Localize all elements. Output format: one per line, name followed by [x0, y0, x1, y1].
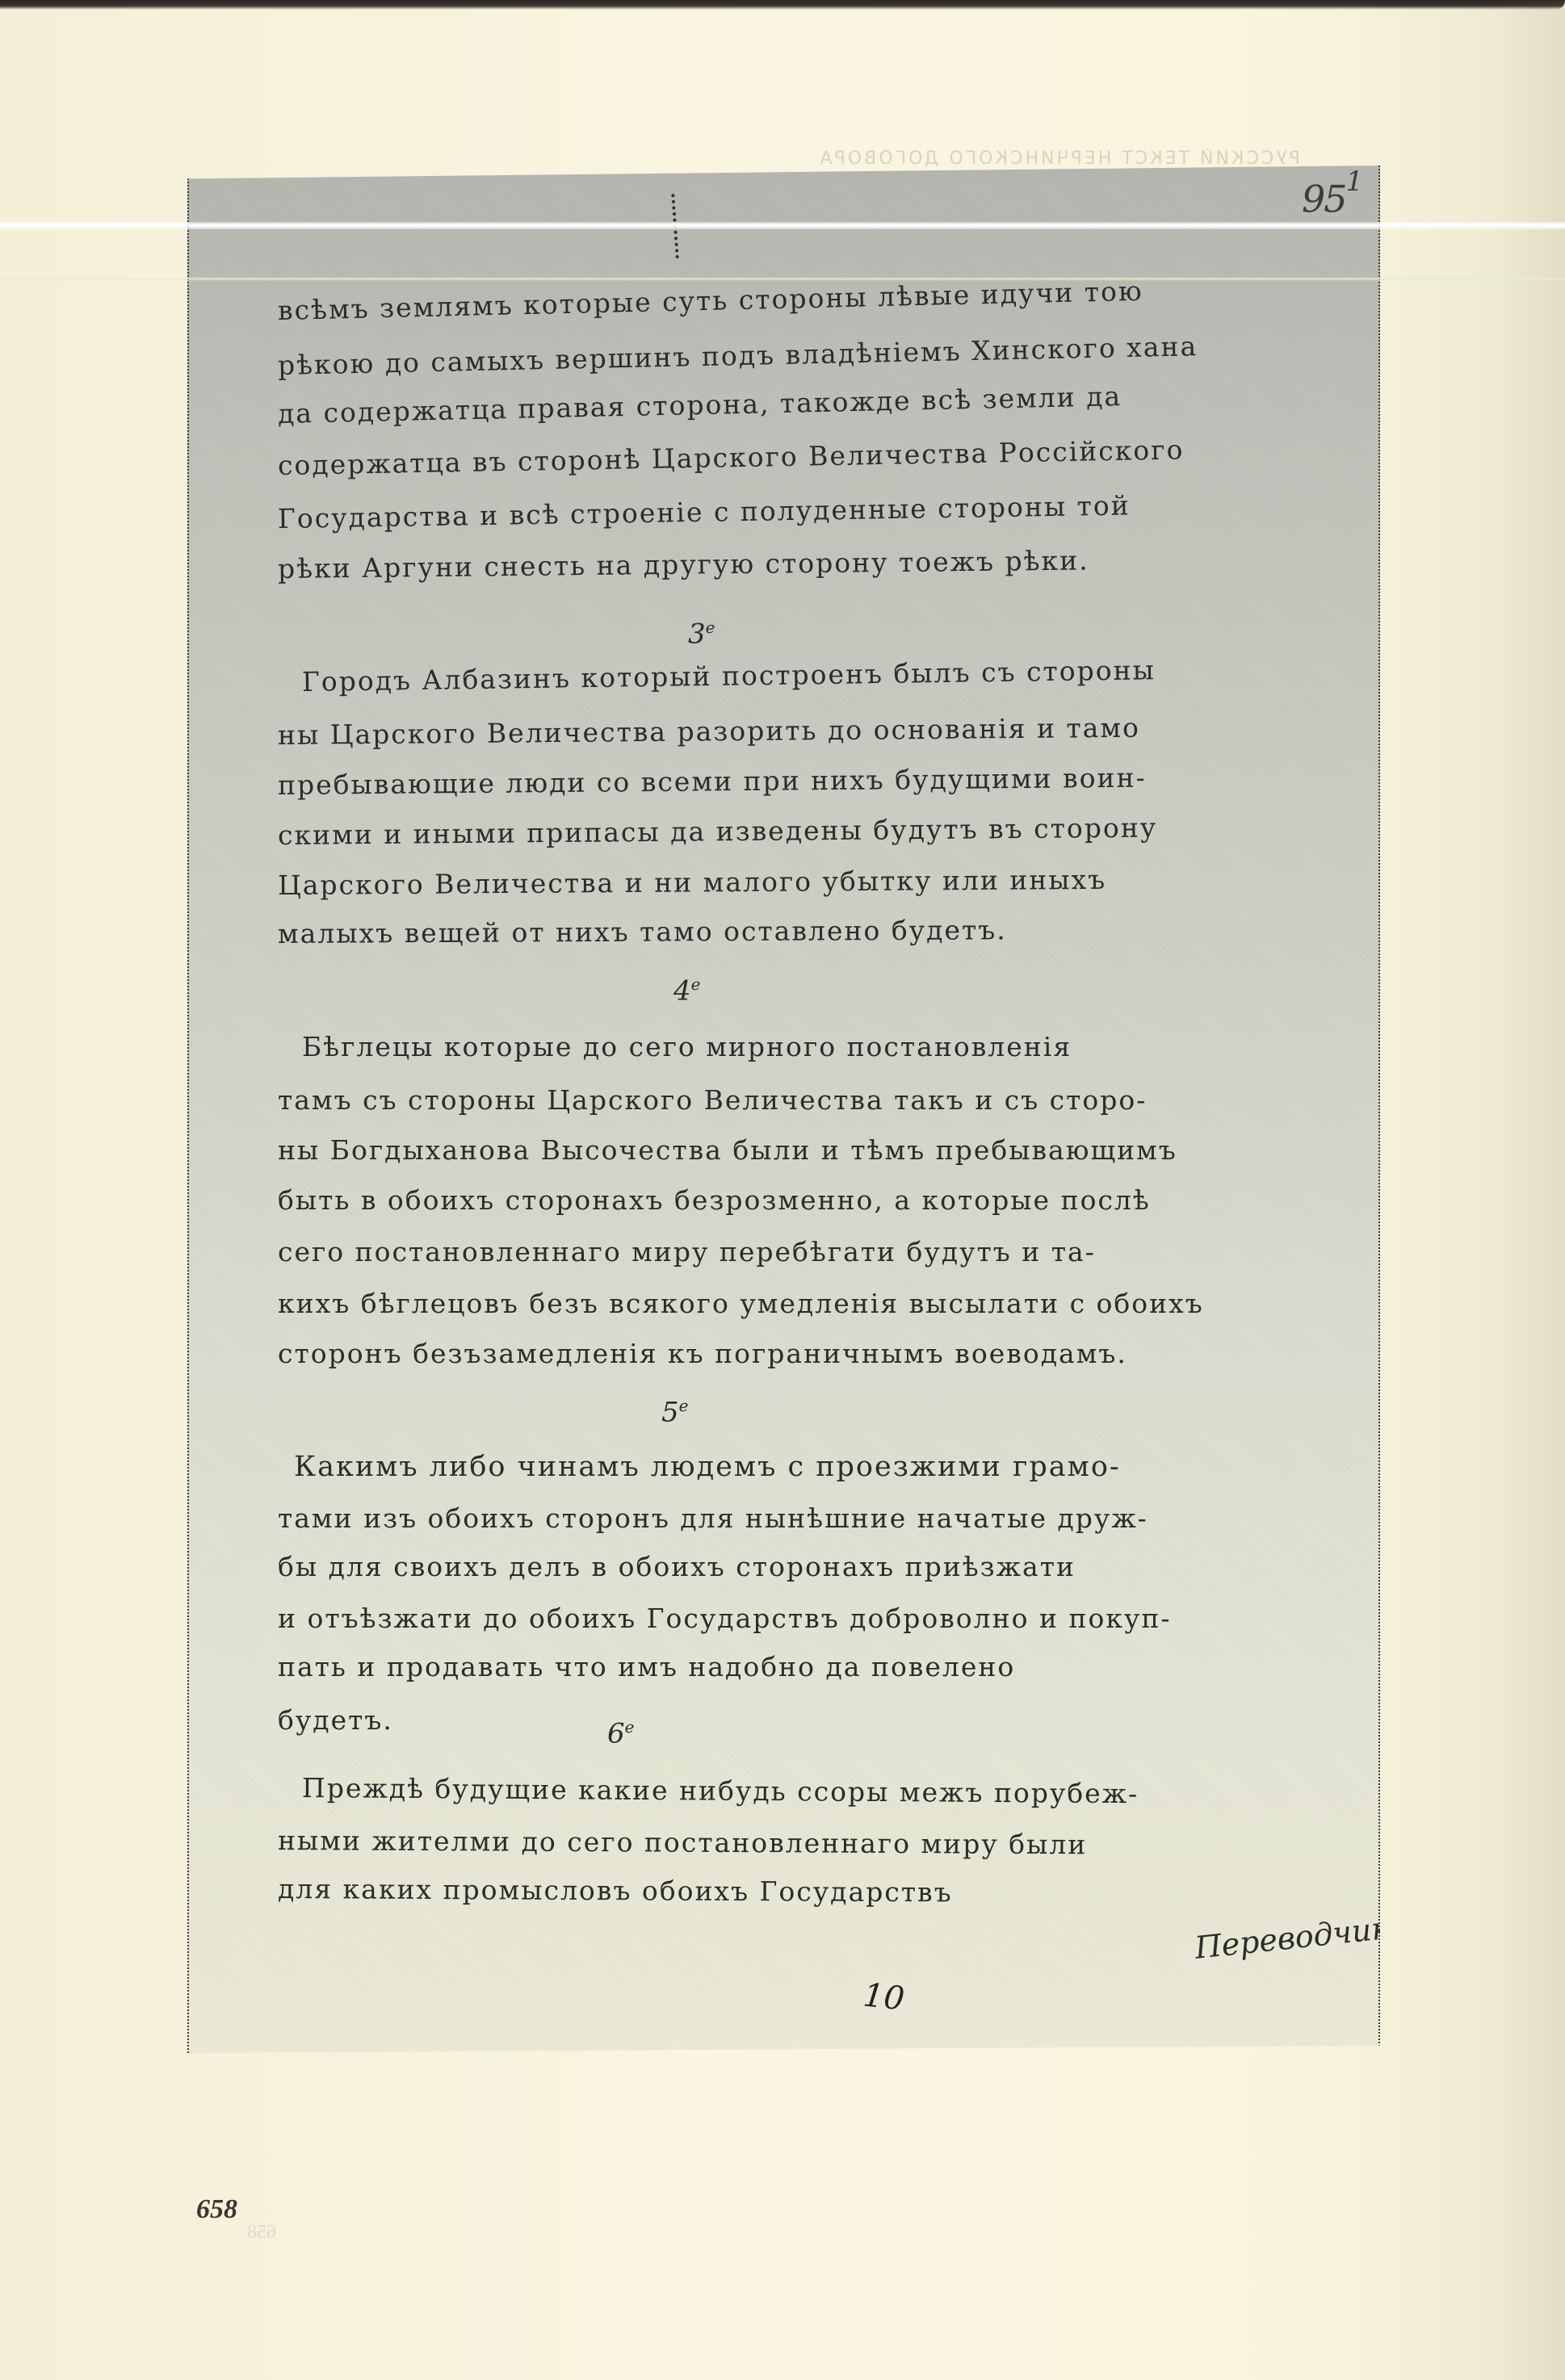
scan-artifact-line-faint — [0, 277, 1565, 281]
book-spine-shade — [1492, 0, 1565, 2380]
folio-superscript: 1 — [1346, 166, 1362, 198]
scan-artifact-line — [0, 222, 1565, 229]
manuscript-line: и отъѣзжати до обоихъ Государствъ добров… — [278, 1603, 1172, 1634]
manuscript-line: тами изъ обоихъ сторонъ для нынѣшние нач… — [278, 1502, 1148, 1534]
manuscript-line: сторонъ безъзамедленiя къ пограничнымъ в… — [278, 1338, 1127, 1369]
folio-number-value: 95 — [1302, 177, 1346, 220]
bleed-through-page-number: 658 — [247, 2222, 276, 2244]
manuscript-line: скими и иными припасы да изведены будутъ… — [278, 811, 1157, 851]
manuscript-line: да содержатца правая сторона, такожде вс… — [278, 380, 1122, 429]
manuscript-line: всѣмъ землямъ которые суть стороны лѣвые… — [278, 275, 1143, 326]
manuscript-line: Царского Величества и ни малого убытку и… — [278, 864, 1106, 901]
manuscript-line: Бѣглецы которые до сего мирного постанов… — [302, 1031, 1072, 1062]
manuscript-line: тамъ съ стороны Царского Величества такъ… — [278, 1084, 1147, 1116]
article-number-suffix: е — [706, 618, 715, 637]
page-number: 658 — [196, 2194, 237, 2225]
manuscript-line: ны Богдыханова Высочества были и тѣмъ пр… — [278, 1134, 1177, 1166]
article-number-value: 4 — [673, 974, 691, 1007]
manuscript-line: содержатца въ сторонѣ Царского Величеств… — [278, 434, 1185, 481]
article-number-value: 6 — [607, 1717, 625, 1749]
manuscript-line: для каких промысловъ обоихъ Государствъ — [278, 1873, 953, 1908]
article-number-5: 5е — [661, 1396, 688, 1428]
manuscript-line: ными жителми до сего постановленнаго мир… — [278, 1825, 1088, 1860]
manuscript-line: рѣки Аргуни снесть на другую сторону тое… — [278, 544, 1089, 585]
manuscript-line: Городъ Албазинъ который построенъ былъ с… — [302, 654, 1156, 698]
manuscript-line: кихъ бѣглецовъ безъ всякого умедленiя вы… — [278, 1288, 1204, 1319]
manuscript-line: сего постановленнаго миру перебѣгати буд… — [278, 1236, 1096, 1268]
manuscript-line: малыхъ вещей от нихъ тамо оставлено буде… — [278, 914, 1007, 949]
manuscript-line: быть в обоихъ сторонахъ безрозменно, а к… — [278, 1184, 1151, 1216]
book-top-edge-shadow — [0, 0, 1565, 10]
manuscript-line: будетъ. — [278, 1704, 393, 1736]
manuscript-line: ны Царского Величества разорить до основ… — [278, 712, 1140, 751]
manuscript-line: пребывающие люди со всеми при нихъ будущ… — [278, 762, 1147, 801]
article-number-4: 4е — [673, 974, 700, 1007]
article-number-3: 3е — [688, 618, 715, 650]
article-number-value: 3 — [688, 618, 706, 650]
manuscript-line: Какимъ либо чинамъ людемъ с проезжими гр… — [294, 1451, 1121, 1483]
sheet-number: 10 — [862, 1976, 906, 2018]
manuscript-line: Государства и всѣ строенiе с полуденные … — [278, 489, 1131, 534]
article-number-value: 5 — [661, 1396, 679, 1428]
article-number-suffix: е — [691, 974, 701, 994]
article-number-suffix: е — [679, 1396, 689, 1415]
manuscript-line: Преждѣ будущие какие нибудь ссоры межъ п… — [302, 1772, 1139, 1809]
article-number-suffix: е — [625, 1717, 635, 1737]
manuscript-line: пать и продавать что имъ надобно да пове… — [278, 1651, 1015, 1682]
folio-number: 951 — [1302, 174, 1362, 220]
manuscript-line: бы для своихъ делъ в обоихъ сторонахъ пр… — [278, 1551, 1076, 1582]
bleed-through-heading: РУССКИЙ ТЕКСТ НЕРЧИНСКОГО ДОГОВОРА — [452, 149, 1300, 168]
manuscript-line: рѣкою до самыхъ вершинъ подъ владѣнiемъ … — [278, 330, 1198, 381]
translator-signature: Переводчикъ — [1193, 1908, 1412, 1966]
manuscript-facsimile: 951 всѣмъ землямъ которые суть стороны л… — [187, 166, 1380, 2053]
article-number-6: 6е — [607, 1717, 634, 1749]
